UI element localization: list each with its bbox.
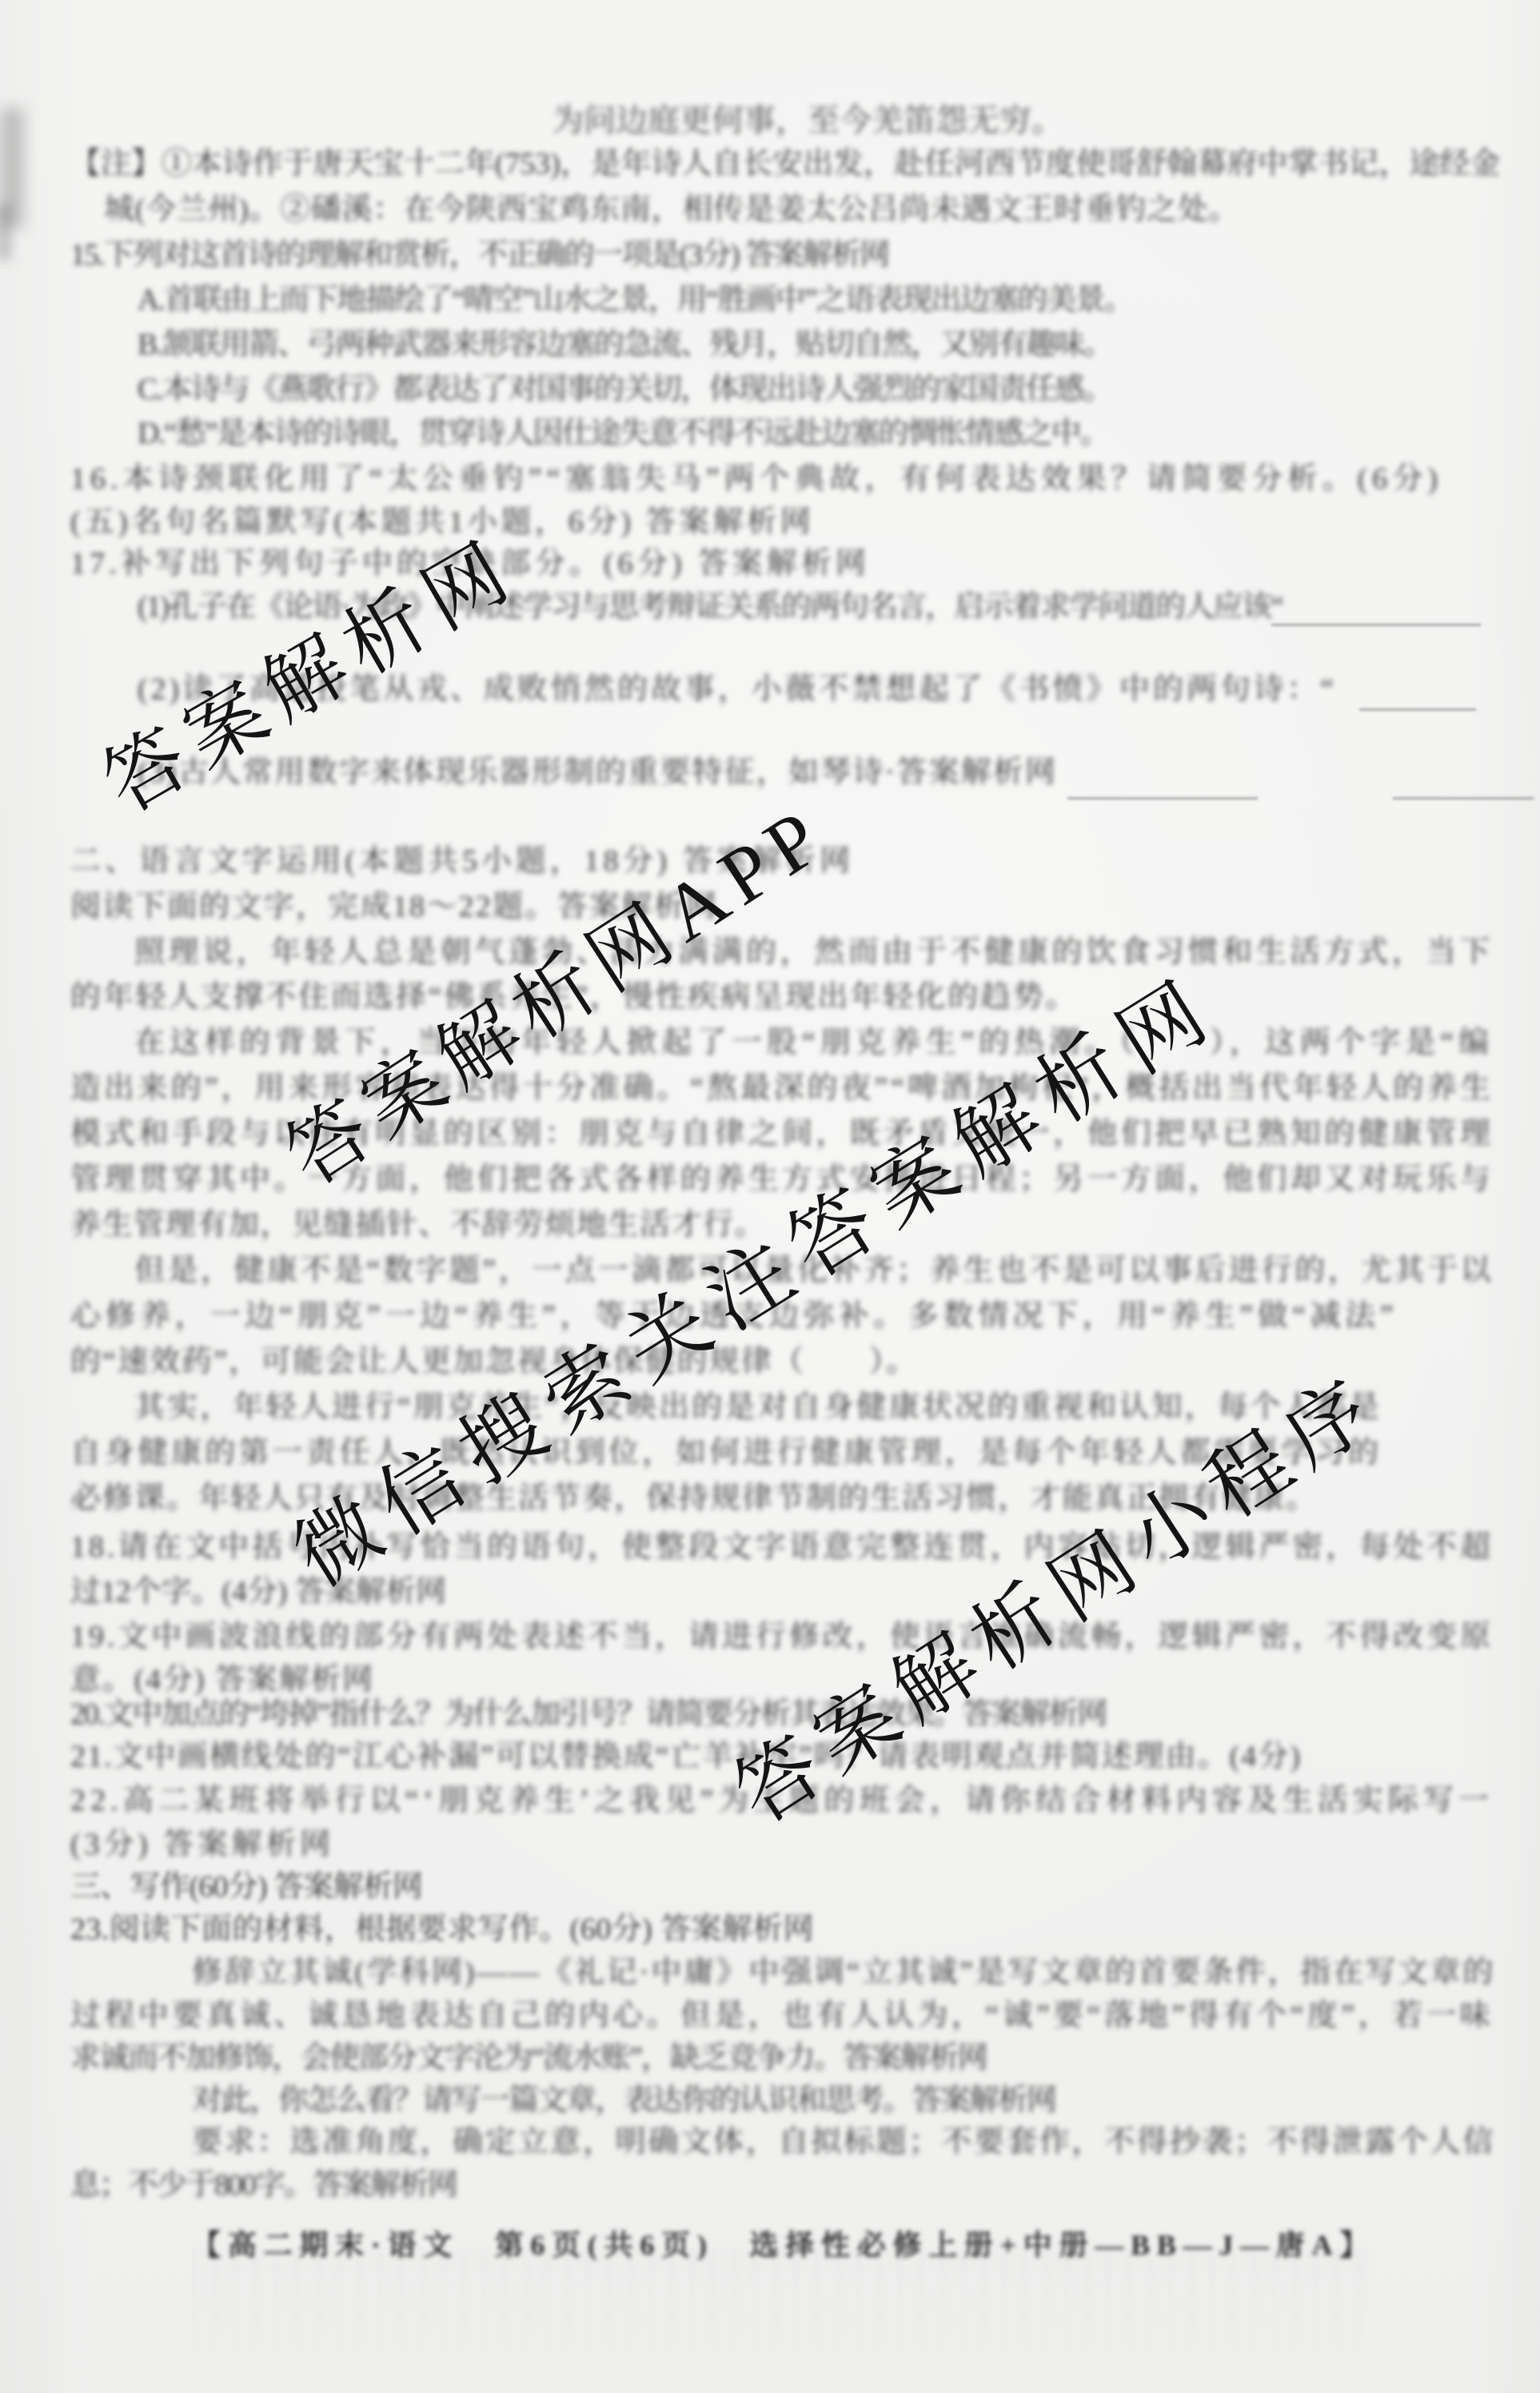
section-5-heading: (五)名句名篇默写(本题共1小题，6分) 答案解析网: [70, 505, 814, 540]
question-15: 15.下列对这首诗的理解和赏析，不正确的一项是(3分) 答案解析网: [70, 238, 888, 273]
blank-item-1: (1)孔子在《论语·为政》中阐述学习与思考辩证关系的两句名言，启示着求学问道的人…: [138, 590, 1283, 625]
material-line-1: 修辞立其诚(学科网)——《礼记·中庸》中强调“立其诚”是写文章的首要条件，指在写…: [192, 1956, 1495, 1991]
option-a: A.首联由上而下地描绘了“晴空”山水之景，用“胜画中”之语表现出边塞的美景。: [138, 283, 1132, 318]
requirements-line-2: 息；不少于800字。答案解析网: [70, 2168, 457, 2204]
answer-blank-3b: [1393, 797, 1534, 800]
answer-blank-2: [1359, 708, 1476, 711]
para-2-line-4: 管理贯穿其中。一方面，他们把各式各样的养生方式安排进日程；另一方面，他们却又对玩…: [70, 1163, 1494, 1198]
material-line-2: 过程中要真诚、诚恳地表达自己的内心。但是，也有人认为，“诚”要“落地”得有个“度…: [70, 1999, 1494, 2034]
option-d: D.“愁”是本诗的诗眼，贯穿诗人因仕途失意不得不远赴边塞的惆怅情感之中。: [138, 417, 1109, 452]
section-3-heading: 三、写作(60分) 答案解析网: [70, 1870, 422, 1905]
footer-ink-smear: [192, 2247, 1375, 2391]
blank-item-3: (3)古人常用数字来体现乐器形制的重要特征，如琴诗·答案解析网: [138, 756, 1057, 791]
para-2-line-2: 造出来的”，用来形容却表达得十分准确。“熬最深的夜”“啤酒加枸杞”，概括出当代年…: [70, 1071, 1494, 1107]
question-19-line-1: 19.文中画波浪线的部分有两处表述不当，请进行修改，使语言准确流畅，逻辑严密，不…: [70, 1620, 1494, 1655]
question-18-line-1: 18.请在文中括号内补写恰当的语句，使整段文字语意完整连贯，内容贴切，逻辑严密，…: [70, 1530, 1494, 1565]
para-4-line-1: 其实，年轻人进行“朋克养生”，反映出的是对自身健康状况的重视和认知，每个人都是: [134, 1390, 1382, 1426]
question-18-line-2: 过12个字。(4分) 答案解析网: [70, 1575, 446, 1610]
page-footer: 【高二期末·语文 第6页(共6页) 选择性必修上册+中册—BB—J—唐A】: [192, 2229, 1375, 2262]
question-16: 16.本诗颈联化用了“太公垂钓”“塞翁失马”两个典故，有何表达效果？请简要分析。…: [70, 462, 1442, 497]
material-line-3: 求诚而不加修饰，会使部分文字沦为“流水账”，缺乏竞争力。答案解析网: [70, 2041, 987, 2076]
option-c: C.本诗与《燕歌行》都表达了对国事的关切，体现出诗人强烈的家国责任感。: [138, 373, 1112, 408]
scan-edge-smudge: [0, 204, 11, 260]
answer-blank-3a: [1067, 797, 1258, 800]
para-1-line-1: 照理说，年轻人总是朝气蓬勃、活力满满的，然而由于不健康的饮食习惯和生活方式，当下: [134, 935, 1494, 971]
para-2-line-5: 养生管理有加，见缝插针、不辞劳烦地生活才行。: [70, 1208, 766, 1243]
question-21: 21.文中画横线处的“江心补漏”可以替换成“亡羊补牢”吗？请表明观点并简述理由。…: [70, 1740, 1302, 1775]
writing-prompt: 对此，你怎么看？请写一篇文章，表达你的认识和思考。答案解析网: [192, 2084, 1055, 2119]
question-19-line-2: 意。(4分) 答案解析网: [70, 1663, 374, 1698]
para-3-line-3: 的“速效药”，可能会让人更加忽视身体保健的规律（ ）。: [70, 1345, 918, 1380]
question-22-line-2: (3分) 答案解析网: [70, 1828, 334, 1863]
question-23: 23.阅读下面的材料，根据要求写作。(60分) 答案解析网: [70, 1912, 814, 1948]
option-b: B.颔联用箭、弓两种武器来形容边塞的急流、残月，贴切自然，又别有趣味。: [138, 328, 1112, 363]
answer-blank-1: [1271, 624, 1481, 626]
note-line-2: 城(今兰州)。②磻溪：在今陕西宝鸡东南，相传是姜太公吕尚未遇文王时垂钓之处。: [104, 193, 1239, 228]
requirements-line-1: 要求：选准角度，确定立意，明确文体，自拟标题；不要套作，不得抄袭；不得泄露个人信: [192, 2125, 1495, 2160]
para-2-line-1: 在这样的背景下，当下的年轻人掀起了一股“朋克养生”的热潮。（ ），这两个字是“编: [134, 1026, 1494, 1061]
scanned-exam-page: 为问边庭更何事，至今羌笛怨无穷。【注】①本诗作于唐天宝十二年(753)，是年诗人…: [0, 0, 1540, 2393]
poem-line: 为问边庭更何事，至今羌笛怨无穷。: [552, 102, 1063, 139]
scan-edge-smudge: [0, 108, 24, 228]
note-line-1: 【注】①本诗作于唐天宝十二年(753)，是年诗人自长安出发，赴任河西节度使哥舒翰…: [70, 147, 1500, 182]
